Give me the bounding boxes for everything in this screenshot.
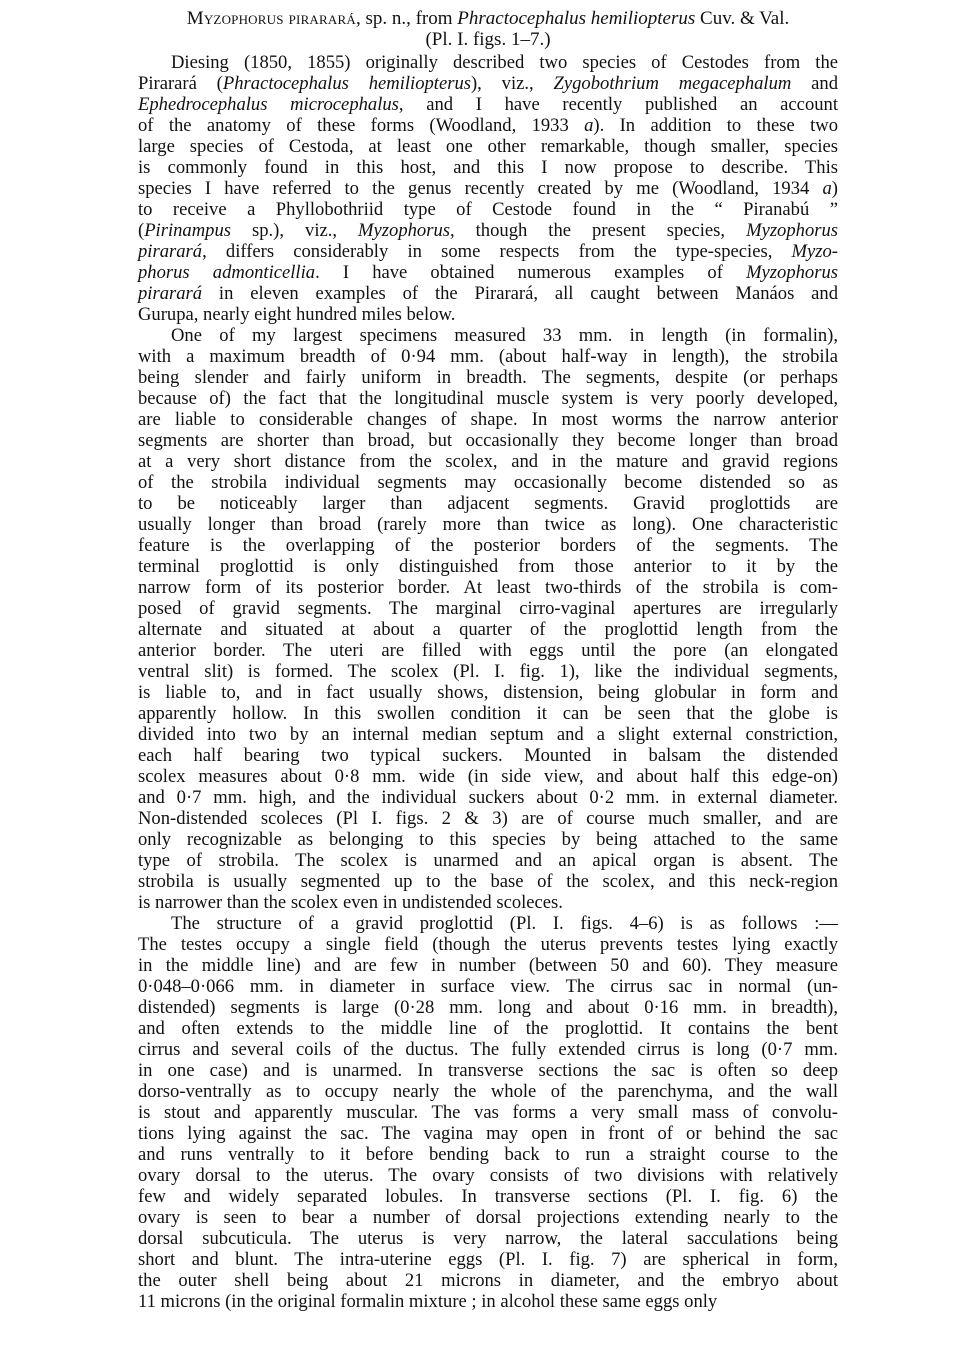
text-line: strobila is usually segmented up to the … <box>138 871 838 892</box>
text-line: large species of Cestoda, at least one o… <box>138 136 838 157</box>
text-line: scolex measures about 0·8 mm. wide (in s… <box>138 766 838 787</box>
text-line: Gurupa, nearly eight hundred miles below… <box>138 304 838 325</box>
species-name: Myzophorus pirarará <box>187 8 356 29</box>
paragraph-description: One of my largest specimens measured 33 … <box>138 325 838 913</box>
text-line: ventral slit) is formed. The scolex (Pl.… <box>138 661 838 682</box>
text-line: and runs ventrally to it before bending … <box>138 1144 838 1165</box>
section-heading: Myzophorus pirarará, sp. n., from Phract… <box>138 8 838 29</box>
text-line: pirarará in eleven examples of the Pirar… <box>138 283 838 304</box>
text-line: the outer shell being about 21 microns i… <box>138 1270 838 1291</box>
plate-reference: (Pl. I. figs. 1–7.) <box>138 29 838 50</box>
text-line: phorus admonticellia. I have obtained nu… <box>138 262 838 283</box>
paragraph-intro: Diesing (1850, 1855) originally describe… <box>138 52 838 325</box>
text-line: Non-distended scoleces (Pl I. figs. 2 & … <box>138 808 838 829</box>
text-line: and often extends to the middle line of … <box>138 1018 838 1039</box>
text-line: is narrower than the scolex even in undi… <box>138 892 838 913</box>
text-line: ovary is seen to bear a number of dorsal… <box>138 1207 838 1228</box>
text-line: of the strobila individual segments may … <box>138 472 838 493</box>
heading-connector: , sp. n., from <box>356 8 457 29</box>
text-line: because of) the fact that the longitudin… <box>138 388 838 409</box>
text-line: each half bearing two typical suckers. M… <box>138 745 838 766</box>
text-line: is liable to, and in fact usually shows,… <box>138 682 838 703</box>
text-line: distended) segments is large (0·28 mm. l… <box>138 997 838 1018</box>
text-line: ovary dorsal to the uterus. The ovary co… <box>138 1165 838 1186</box>
text-line: to receive a Phyllobothriid type of Cest… <box>138 199 838 220</box>
text-line: (Pirinampus sp.), viz., Myzophorus, thou… <box>138 220 838 241</box>
text-line: at a very short distance from the scolex… <box>138 451 838 472</box>
text-line: tions lying against the sac. The vagina … <box>138 1123 838 1144</box>
text-line: and 0·7 mm. high, and the individual suc… <box>138 787 838 808</box>
text-line: One of my largest specimens measured 33 … <box>138 325 838 346</box>
text-line: terminal proglottid is only distinguishe… <box>138 556 838 577</box>
text-line: posed of gravid segments. The marginal c… <box>138 598 838 619</box>
host-authority: Cuv. & Val. <box>695 8 789 29</box>
text-line: are liable to considerable changes of sh… <box>138 409 838 430</box>
text-line: pirarará, differs considerably in some r… <box>138 241 838 262</box>
text-line: with a maximum breadth of 0·94 mm. (abou… <box>138 346 838 367</box>
text-line: species I have referred to the genus rec… <box>138 178 838 199</box>
paragraph-gravid-proglottid: The structure of a gravid proglottid (Pl… <box>138 913 838 1312</box>
text-line: is stout and apparently muscular. The va… <box>138 1102 838 1123</box>
text-line: short and blunt. The intra-uterine eggs … <box>138 1249 838 1270</box>
text-line: apparently hollow. In this swollen condi… <box>138 703 838 724</box>
text-line: dorso-ventrally as to occupy nearly the … <box>138 1081 838 1102</box>
text-line: to be noticeably larger than adjacent se… <box>138 493 838 514</box>
text-line: being slender and fairly uniform in brea… <box>138 367 838 388</box>
text-line: feature is the overlapping of the poster… <box>138 535 838 556</box>
host-name: Phractocephalus hemiliopterus <box>457 8 695 29</box>
text-line: Pirarará (Phractocephalus hemiliopterus)… <box>138 73 838 94</box>
text-line: Ephedrocephalus microcephalus, and I hav… <box>138 94 838 115</box>
text-line: in one case) and is unarmed. In transver… <box>138 1060 838 1081</box>
text-line: usually longer than broad (rarely more t… <box>138 514 838 535</box>
text-line: 11 microns (in the original formalin mix… <box>138 1291 838 1312</box>
text-line: narrow form of its posterior border. At … <box>138 577 838 598</box>
paper-page: Myzophorus pirarará, sp. n., from Phract… <box>138 8 838 1312</box>
text-line: is commonly found in this host, and this… <box>138 157 838 178</box>
text-line: dorsal subcuticula. The uterus is very n… <box>138 1228 838 1249</box>
text-line: cirrus and several coils of the ductus. … <box>138 1039 838 1060</box>
text-line: Diesing (1850, 1855) originally describe… <box>138 52 838 73</box>
text-line: anterior border. The uteri are filled wi… <box>138 640 838 661</box>
text-line: 0·048–0·066 mm. in diameter in surface v… <box>138 976 838 997</box>
text-line: only recognizable as belonging to this s… <box>138 829 838 850</box>
text-line: divided into two by an internal median s… <box>138 724 838 745</box>
text-line: of the anatomy of these forms (Woodland,… <box>138 115 838 136</box>
text-line: alternate and situated at about a quarte… <box>138 619 838 640</box>
text-line: The testes occupy a single field (though… <box>138 934 838 955</box>
text-line: segments are shorter than broad, but occ… <box>138 430 838 451</box>
text-line: few and widely separated lobules. In tra… <box>138 1186 838 1207</box>
text-line: type of strobila. The scolex is unarmed … <box>138 850 838 871</box>
text-line: The structure of a gravid proglottid (Pl… <box>138 913 838 934</box>
text-line: in the middle line) and are few in numbe… <box>138 955 838 976</box>
